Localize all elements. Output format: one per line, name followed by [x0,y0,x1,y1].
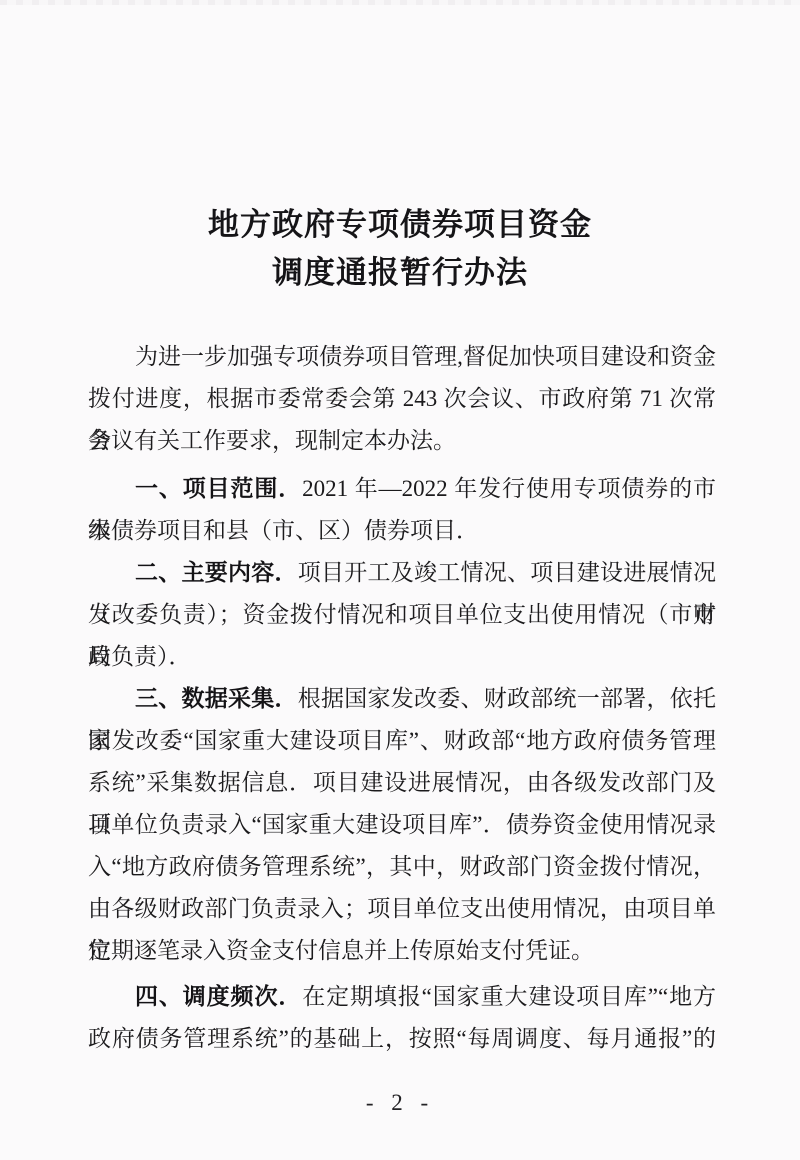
text-segment: 家发改委“国家重大建设项目库”、财政部“地方政府债务管理 [88,728,716,753]
scan-edge-artifact [0,0,800,5]
text-segment: 局负责）． [88,644,192,669]
text-segment: 目单位负责录入“国家重大建设项目库”．债券资金使用情况录 [88,812,716,837]
text-segment: 入“地方政府债务管理系统”，其中，财政部门资金拨付情况， [88,854,716,879]
text-line: 会议有关工作要求，现制定本办法。 [88,420,716,462]
document-title: 地方政府专项债券项目资金 调度通报暂行办法 [0,201,800,297]
text-line: 定期逐笔录入资金支付信息并上传原始支付凭证。 [88,930,716,972]
document-title-line-2: 调度通报暂行办法 [0,249,800,297]
document-body: 为进一步加强专项债券项目管理,督促加快项目建设和资金拨付进度，根据市委常委会第 … [88,336,716,1060]
text-segment: 会议有关工作要求，现制定本办法。 [88,428,456,453]
section-heading: 三、数据采集． [135,686,298,711]
text-line: 拨付进度，根据市委常委会第 243 次会议、市政府第 71 次常务 [88,378,716,420]
section-heading: 二、主要内容． [135,560,298,585]
text-segment: 为进一步加强专项债券项目管理,督促加快项目建设和资金 [135,344,716,369]
page-number: - 2 - [0,1090,800,1116]
text-line: 局负责）． [88,636,716,678]
text-line: 级债券项目和县（市、区）债券项目． [88,510,716,552]
text-line: 政府债务管理系统”的基础上，按照“每周调度、每月通报”的 [88,1018,716,1060]
text-segment: 在定期填报“国家重大建设项目库”“地方 [302,984,716,1009]
text-line: 二、主要内容．项目开工及竣工情况、项目建设进展情况（市 [88,552,716,594]
text-line: 四、调度频次．在定期填报“国家重大建设项目库”“地方 [88,976,716,1018]
paragraph: 三、数据采集．根据国家发改委、财政部统一部署，依托国家发改委“国家重大建设项目库… [88,678,716,972]
section-heading: 四、调度频次． [135,984,302,1009]
text-line: 由各级财政部门负责录入；项目单位支出使用情况，由项目单位 [88,888,716,930]
text-line: 系统”采集数据信息．项目建设进展情况，由各级发改部门及项 [88,762,716,804]
text-line: 家发改委“国家重大建设项目库”、财政部“地方政府债务管理 [88,720,716,762]
text-line: 目单位负责录入“国家重大建设项目库”．债券资金使用情况录 [88,804,716,846]
text-line: 三、数据采集．根据国家发改委、财政部统一部署，依托国 [88,678,716,720]
text-segment: 政府债务管理系统”的基础上，按照“每周调度、每月通报”的 [88,1026,716,1051]
text-line: 入“地方政府债务管理系统”，其中，财政部门资金拨付情况， [88,846,716,888]
text-segment: 级债券项目和县（市、区）债券项目． [88,518,479,543]
document-title-line-1: 地方政府专项债券项目资金 [0,201,800,249]
paragraph: 一、项目范围．2021 年—2022 年发行使用专项债券的市本级债券项目和县（市… [88,468,716,552]
text-line: 发改委负责）；资金拨付情况和项目单位支出使用情况（市财政 [88,594,716,636]
section-heading: 一、项目范围． [135,476,302,501]
paragraph: 二、主要内容．项目开工及竣工情况、项目建设进展情况（市发改委负责）；资金拨付情况… [88,552,716,678]
document-page: 地方政府专项债券项目资金 调度通报暂行办法 为进一步加强专项债券项目管理,督促加… [0,0,800,1160]
paragraph: 为进一步加强专项债券项目管理,督促加快项目建设和资金拨付进度，根据市委常委会第 … [88,336,716,462]
paragraph: 四、调度频次．在定期填报“国家重大建设项目库”“地方政府债务管理系统”的基础上，… [88,976,716,1060]
text-segment: 定期逐笔录入资金支付信息并上传原始支付凭证。 [88,938,594,963]
text-line: 为进一步加强专项债券项目管理,督促加快项目建设和资金 [88,336,716,378]
text-line: 一、项目范围．2021 年—2022 年发行使用专项债券的市本 [88,468,716,510]
